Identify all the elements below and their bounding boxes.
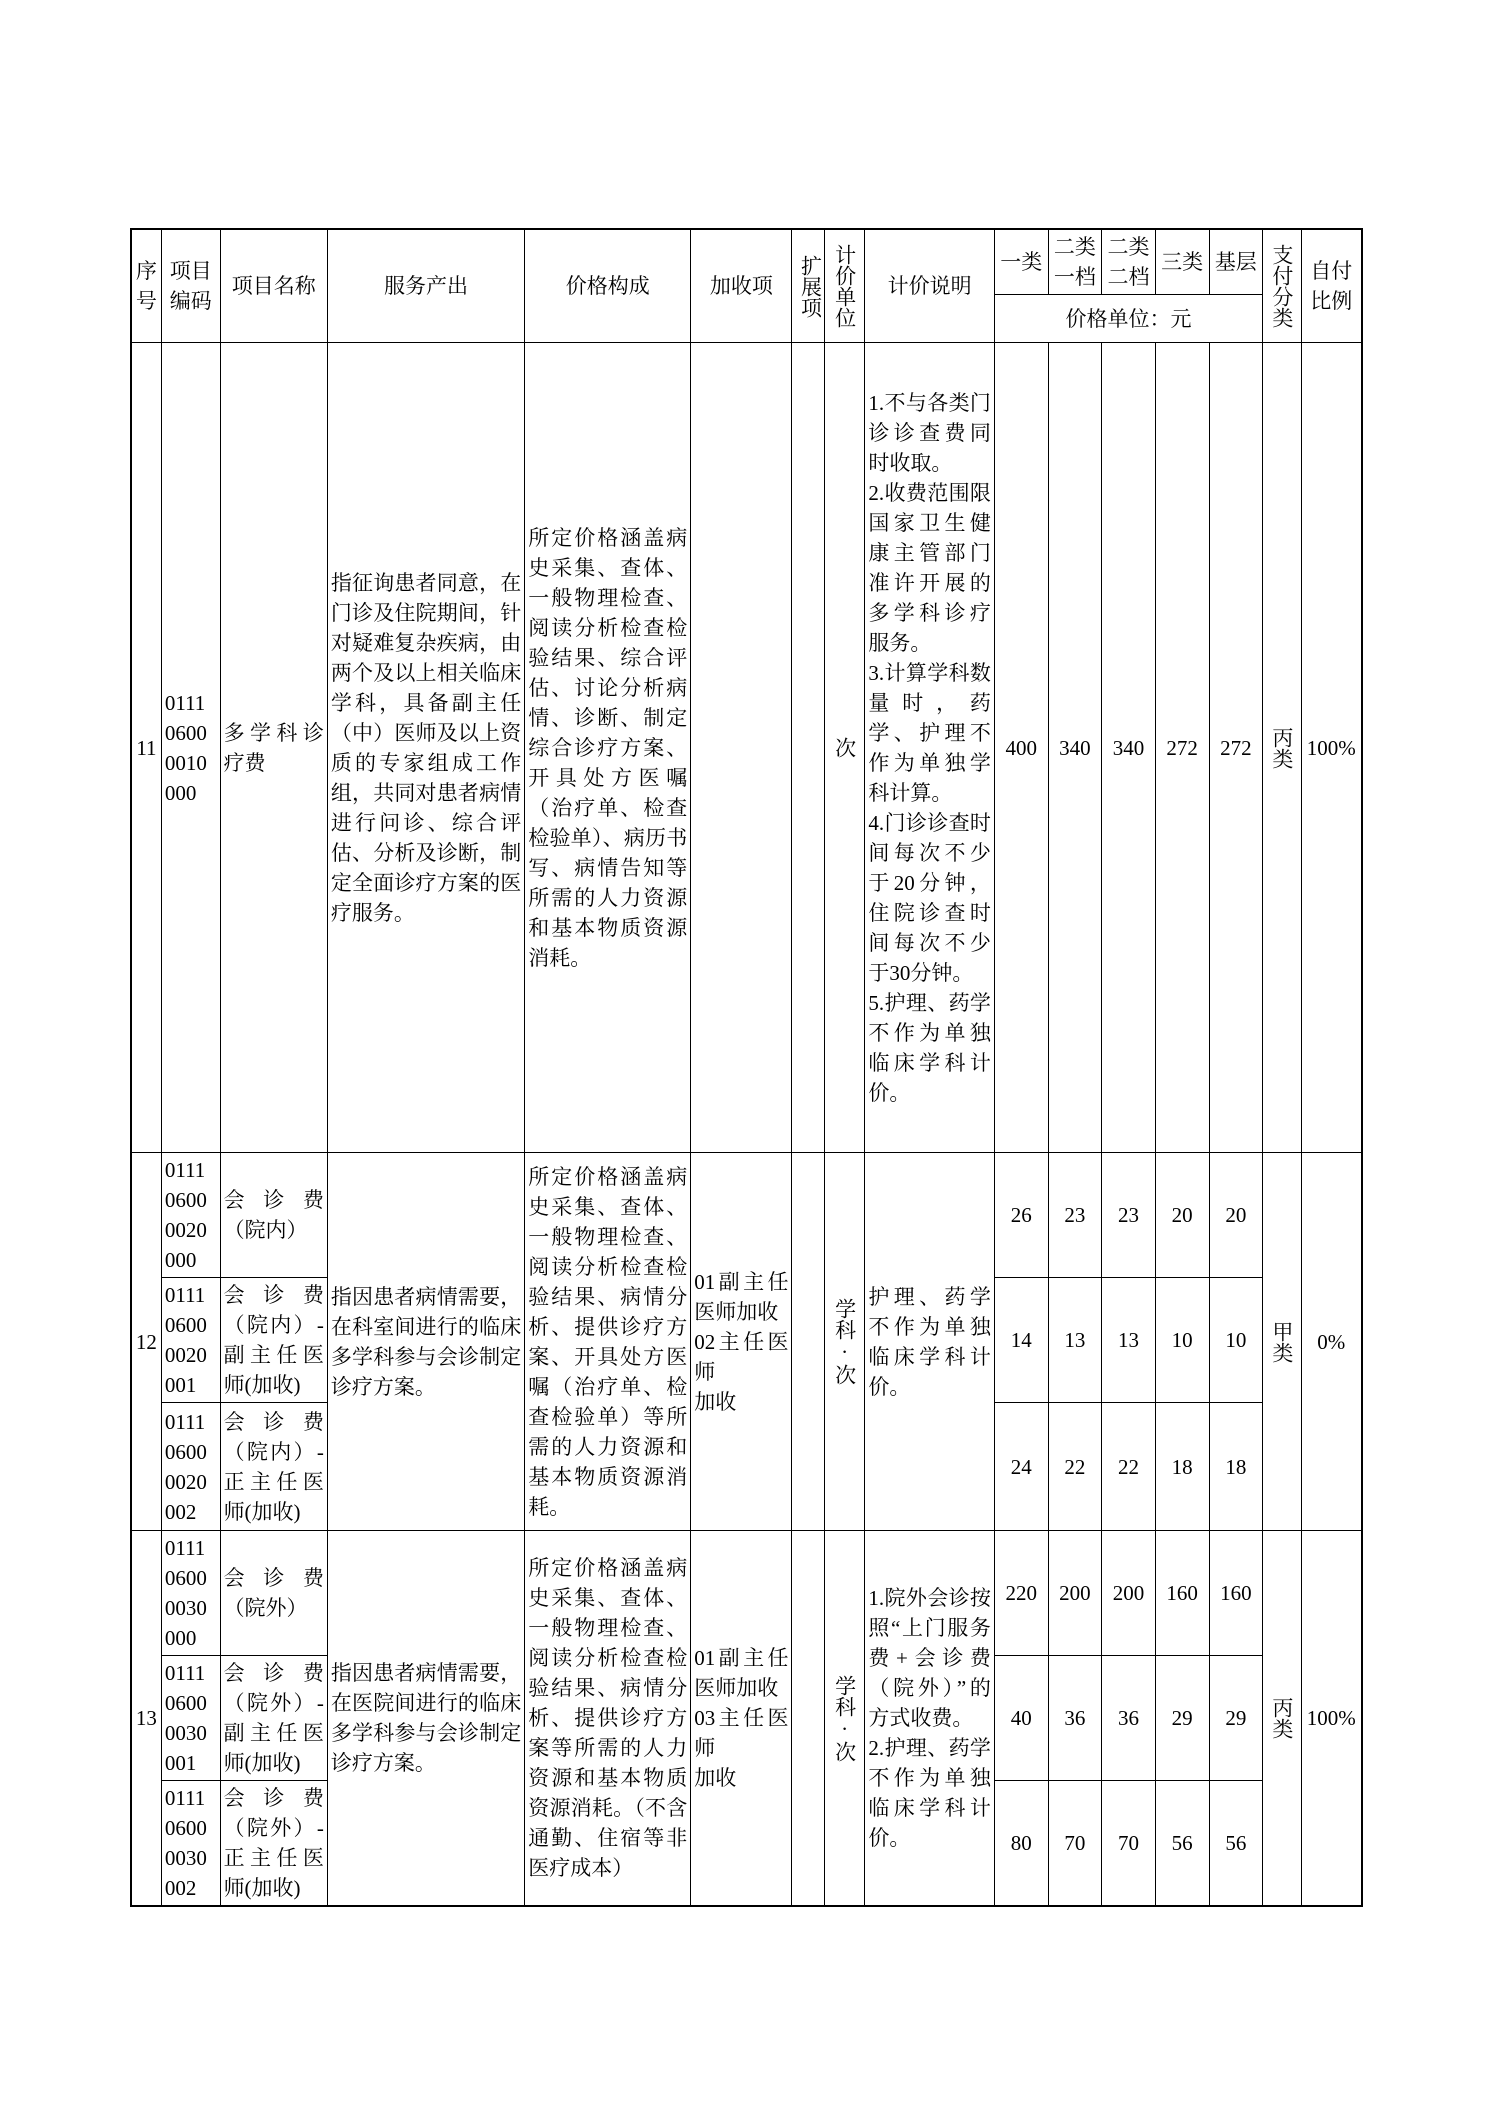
- row12-note: 护理、药学不作为单独临床学科计价。: [865, 1153, 995, 1531]
- row11-unit: 次: [824, 343, 864, 1153]
- row11-output: 指征询患者同意，在门诊及住院期间，针对疑难复杂疾病，由两个及以上相关临床学科，具…: [327, 343, 524, 1153]
- row13-name-3: 会诊费（院外）-正主任医师(加收): [220, 1781, 327, 1907]
- row12-pay-class-value: 甲类: [1267, 1321, 1297, 1363]
- row11-price-tier2a: 340: [1048, 343, 1102, 1153]
- header-name: 项目名称: [220, 229, 327, 343]
- row12-price2-tier3: 10: [1155, 1278, 1209, 1403]
- header-tier3: 三类: [1155, 229, 1209, 295]
- row12-name-1: 会诊费（院内）: [220, 1153, 327, 1278]
- row12-price1-tier3: 20: [1155, 1153, 1209, 1278]
- header-pay-class-label: 支付分类: [1267, 244, 1297, 328]
- row12-price1-tier1: 26: [994, 1153, 1048, 1278]
- row12-self-pay: 0%: [1301, 1153, 1362, 1531]
- row12-pay-class: 甲类: [1263, 1153, 1301, 1531]
- row12-price3-tier3: 18: [1155, 1403, 1209, 1531]
- header-tier2a: 二类一档: [1048, 229, 1102, 295]
- header-self-pay: 自付比例: [1301, 229, 1362, 343]
- table-row: 13 0111 0600 0030 000 会诊费（院外） 指因患者病情需要，在…: [131, 1531, 1362, 1656]
- row13-price3-tier2a: 70: [1048, 1781, 1102, 1907]
- row13-unit-value: 学科·次: [830, 1675, 860, 1762]
- row13-price1-tier2a: 200: [1048, 1531, 1102, 1656]
- row12-price3-tier2b: 22: [1102, 1403, 1156, 1531]
- header-extension-label: 扩展项: [795, 255, 824, 318]
- row12-code-2: 0111 0600 0020 001: [161, 1278, 220, 1403]
- header-seq: 序号: [131, 229, 161, 343]
- header-unit-label: 计价单位: [830, 244, 860, 328]
- row11-surcharge: [691, 343, 792, 1153]
- row13-name-1: 会诊费（院外）: [220, 1531, 327, 1656]
- row13-price-comp: 所定价格涵盖病史采集、查体、一般物理检查、阅读分析检查检验结果、病情分析、提供诊…: [525, 1531, 691, 1907]
- row12-price-comp: 所定价格涵盖病史采集、查体、一般物理检查、阅读分析检查检验结果、病情分析、提供诊…: [525, 1153, 691, 1531]
- header-row-1: 序号 项目编码 项目名称 服务产出 价格构成 加收项 扩展项 计价单位 计价说明…: [131, 229, 1362, 295]
- header-price-unit: 价格单位：元: [994, 295, 1262, 343]
- row13-self-pay: 100%: [1301, 1531, 1362, 1907]
- row13-price1-grassroots: 160: [1209, 1531, 1263, 1656]
- row12-surcharge: 01副主任医师加收 02主任医师 加收: [691, 1153, 792, 1531]
- row13-price2-tier3: 29: [1155, 1656, 1209, 1781]
- row12-price3-tier2a: 22: [1048, 1403, 1102, 1531]
- row13-surcharge: 01副主任医师加收 03主任医师 加收: [691, 1531, 792, 1907]
- row13-pay-class: 丙类: [1263, 1531, 1301, 1907]
- row13-seq: 13: [131, 1531, 161, 1907]
- medical-service-pricing-table: 序号 项目编码 项目名称 服务产出 价格构成 加收项 扩展项 计价单位 计价说明…: [130, 228, 1363, 1907]
- row11-seq: 11: [131, 343, 161, 1153]
- table-row: 11 0111 0600 0010 000 多学科诊疗费 指征询患者同意，在门诊…: [131, 343, 1362, 1153]
- row12-price3-grassroots: 18: [1209, 1403, 1263, 1531]
- row12-name-3: 会诊费（院内）-正主任医师(加收): [220, 1403, 327, 1531]
- row11-unit-value: 次: [830, 737, 860, 758]
- row13-name-2: 会诊费（院外）-副主任医师(加收): [220, 1656, 327, 1781]
- table-row: 12 0111 0600 0020 000 会诊费（院内） 指因患者病情需要，在…: [131, 1153, 1362, 1278]
- row13-price2-tier2b: 36: [1102, 1656, 1156, 1781]
- row11-price-comp: 所定价格涵盖病史采集、查体、一般物理检查、阅读分析检查检验结果、综合评估、讨论分…: [525, 343, 691, 1153]
- row11-note: 1.不与各类门诊诊查费同时收取。 2.收费范围限国家卫生健康主管部门准许开展的多…: [865, 343, 995, 1153]
- header-surcharge: 加收项: [691, 229, 792, 343]
- row12-price1-grassroots: 20: [1209, 1153, 1263, 1278]
- row11-extension: [792, 343, 824, 1153]
- row12-unit: 学科·次: [824, 1153, 864, 1531]
- row12-code-1: 0111 0600 0020 000: [161, 1153, 220, 1278]
- header-code: 项目编码: [161, 229, 220, 343]
- header-extension: 扩展项: [792, 229, 824, 343]
- row12-price2-grassroots: 10: [1209, 1278, 1263, 1403]
- row12-output: 指因患者病情需要，在科室间进行的临床多学科参与会诊制定诊疗方案。: [327, 1153, 524, 1531]
- row13-price3-tier1: 80: [994, 1781, 1048, 1907]
- row12-price1-tier2b: 23: [1102, 1153, 1156, 1278]
- row12-price2-tier2b: 13: [1102, 1278, 1156, 1403]
- row13-price3-grassroots: 56: [1209, 1781, 1263, 1907]
- row13-code-3: 0111 0600 0030 002: [161, 1781, 220, 1907]
- row13-code-1: 0111 0600 0030 000: [161, 1531, 220, 1656]
- row13-price2-tier2a: 36: [1048, 1656, 1102, 1781]
- pricing-table-page: 序号 项目编码 项目名称 服务产出 价格构成 加收项 扩展项 计价单位 计价说明…: [130, 228, 1363, 1907]
- row11-pay-class: 丙类: [1263, 343, 1301, 1153]
- header-grassroots: 基层: [1209, 229, 1263, 295]
- row13-price1-tier1: 220: [994, 1531, 1048, 1656]
- row13-note: 1.院外会诊按照“上门服务费+会诊费（院外）”的方式收费。 2.护理、药学不作为…: [865, 1531, 995, 1907]
- row13-price2-tier1: 40: [994, 1656, 1048, 1781]
- row11-price-tier1: 400: [994, 343, 1048, 1153]
- row11-price-tier3: 272: [1155, 343, 1209, 1153]
- row11-pay-class-value: 丙类: [1267, 727, 1297, 769]
- row12-price1-tier2a: 23: [1048, 1153, 1102, 1278]
- row13-price3-tier2b: 70: [1102, 1781, 1156, 1907]
- header-unit: 计价单位: [824, 229, 864, 343]
- row11-price-grassroots: 272: [1209, 343, 1263, 1153]
- row13-pay-class-value: 丙类: [1267, 1697, 1297, 1739]
- row13-price1-tier2b: 200: [1102, 1531, 1156, 1656]
- header-pay-class: 支付分类: [1263, 229, 1301, 343]
- header-tier2b: 二类二档: [1102, 229, 1156, 295]
- header-tier1: 一类: [994, 229, 1048, 295]
- header-output: 服务产出: [327, 229, 524, 343]
- row13-code-2: 0111 0600 0030 001: [161, 1656, 220, 1781]
- row12-code-3: 0111 0600 0020 002: [161, 1403, 220, 1531]
- row11-name: 多学科诊疗费: [220, 343, 327, 1153]
- row12-name-2: 会诊费（院内）-副主任医师(加收): [220, 1278, 327, 1403]
- row11-price-tier2b: 340: [1102, 343, 1156, 1153]
- row12-extension: [792, 1153, 824, 1531]
- row12-price2-tier1: 14: [994, 1278, 1048, 1403]
- row12-unit-value: 学科·次: [830, 1298, 860, 1385]
- row13-unit: 学科·次: [824, 1531, 864, 1907]
- row12-price3-tier1: 24: [994, 1403, 1048, 1531]
- row13-output: 指因患者病情需要，在医院间进行的临床多学科参与会诊制定诊疗方案。: [327, 1531, 524, 1907]
- header-price-comp: 价格构成: [525, 229, 691, 343]
- header-note: 计价说明: [865, 229, 995, 343]
- row13-price3-tier3: 56: [1155, 1781, 1209, 1907]
- row12-seq: 12: [131, 1153, 161, 1531]
- row13-price1-tier3: 160: [1155, 1531, 1209, 1656]
- row11-self-pay: 100%: [1301, 343, 1362, 1153]
- row12-price2-tier2a: 13: [1048, 1278, 1102, 1403]
- row13-extension: [792, 1531, 824, 1907]
- row11-code: 0111 0600 0010 000: [161, 343, 220, 1153]
- row13-price2-grassroots: 29: [1209, 1656, 1263, 1781]
